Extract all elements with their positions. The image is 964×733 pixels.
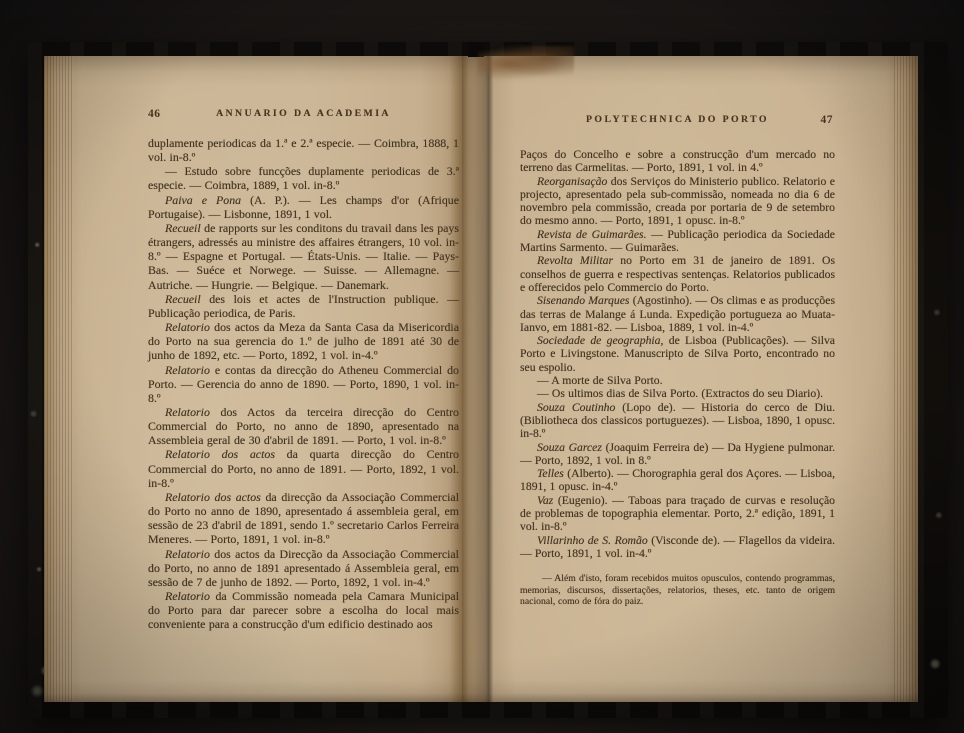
entry-title-italic: Recueil xyxy=(165,292,201,306)
book-entry: Recueil de rapports sur les conditons du… xyxy=(148,221,459,292)
entry-title-italic: Relatorio dos actos xyxy=(165,490,261,504)
book-entry: — Os ultimos dias de Silva Porto. (Extra… xyxy=(520,387,835,400)
entry-title-italic: Telles xyxy=(537,467,564,480)
book-entry: Relatorio dos actos da direcção da Assoc… xyxy=(148,490,459,547)
left-page-header: 46 ANNUARIO DA ACADEMIA xyxy=(148,108,459,124)
book-entry: Revolta Militar no Porto em 31 de janeir… xyxy=(520,254,835,294)
right-body-text: Paços do Concelho e sobre a construcção … xyxy=(520,148,835,560)
right-running-title: POLYTECHNICA DO PORTO xyxy=(520,114,835,125)
footnote: — Além d'isto, foram recebidos muitos op… xyxy=(520,573,835,608)
entry-title-italic: Relatorio xyxy=(165,363,210,377)
book-entry: — Estudo sobre funcções duplamente perio… xyxy=(148,164,459,192)
right-page-header: POLYTECHNICA DO PORTO 47 xyxy=(520,114,835,130)
book-entry: Sociedade de geographia, de Lisboa (Publ… xyxy=(520,334,835,374)
book-entry: Relatorio da Commissão nomeada pela Cama… xyxy=(148,589,459,631)
left-running-title: ANNUARIO DA ACADEMIA xyxy=(148,108,459,119)
entry-title-italic: Villarinho de S. Romão xyxy=(537,534,648,547)
book-entry: Sisenando Marques (Agostinho). — Os clim… xyxy=(520,294,835,334)
entry-title-italic: Revista de Guimarães. xyxy=(537,228,647,241)
book-entry: duplamente periodicas da 1.ª e 2.ª espec… xyxy=(148,136,459,164)
entry-title-italic: Vaz xyxy=(537,494,553,507)
book-entry: Reorganisação dos Serviços do Ministerio… xyxy=(520,175,835,228)
entry-title-italic: Relatorio xyxy=(165,589,210,603)
book-entry: Vaz (Eugenio). — Taboas para traçado de … xyxy=(520,494,835,534)
book-entry: Relatorio e contas da direcção do Athene… xyxy=(148,363,459,405)
entry-title-italic: Sociedade de geographia, xyxy=(537,334,663,347)
book-entry: — Além d'isto, foram recebidos muitos op… xyxy=(520,573,835,608)
book-entry: Relatorio dos actos da Meza da Santa Cas… xyxy=(148,320,459,362)
book-entry: Relatorio dos actos da Direcção da Assoc… xyxy=(148,547,459,589)
right-page: POLYTECHNICA DO PORTO 47 Paços do Concel… xyxy=(462,56,918,702)
book-entry: Paiva e Pona (A. P.). — Les champs d'or … xyxy=(148,193,459,221)
entry-title-italic: Reorganisação xyxy=(537,175,607,188)
open-pages: 46 ANNUARIO DA ACADEMIA duplamente perio… xyxy=(44,56,918,702)
entry-title-italic: Relatorio dos actos xyxy=(165,447,275,461)
spine-top-gap xyxy=(468,42,484,57)
book-entry: Souza Garcez (Joaquim Ferreira de) — Da … xyxy=(520,441,835,468)
book-entry: Revista de Guimarães. — Publicação perio… xyxy=(520,228,835,255)
right-page-edges xyxy=(894,56,918,702)
book-entry: — A morte de Silva Porto. xyxy=(520,374,835,387)
entry-title-italic: Souza Coutinho xyxy=(537,401,615,414)
book-entry: Villarinho de S. Romão (Visconde de). — … xyxy=(520,534,835,561)
right-page-number: 47 xyxy=(821,114,834,126)
entry-title-italic: Sisenando Marques xyxy=(537,294,629,307)
left-page-edges xyxy=(44,56,74,702)
book-entry: Paços do Concelho e sobre a construcção … xyxy=(520,148,835,175)
book-scan-photo: 46 ANNUARIO DA ACADEMIA duplamente perio… xyxy=(0,0,964,733)
entry-title-italic: Relatorio xyxy=(165,405,210,419)
book-entry: Recueil des lois et actes de l'Instructi… xyxy=(148,292,459,320)
entry-title-italic: Recueil xyxy=(165,221,201,235)
entry-title-italic: Paiva e Pona xyxy=(165,193,241,207)
entry-title-italic: Relatorio xyxy=(165,320,210,334)
book-cover: 46 ANNUARIO DA ACADEMIA duplamente perio… xyxy=(28,42,948,718)
left-page: 46 ANNUARIO DA ACADEMIA duplamente perio… xyxy=(44,56,462,702)
left-text-column: duplamente periodicas da 1.ª e 2.ª espec… xyxy=(148,136,459,631)
left-page-number: 46 xyxy=(148,108,161,120)
entry-title-italic: Revolta Militar xyxy=(537,254,613,267)
book-entry: Relatorio dos actos da quarta direcção d… xyxy=(148,447,459,489)
book-entry: Telles (Alberto). — Chorographia geral d… xyxy=(520,467,835,494)
book-entry: Souza Coutinho (Lopo de). — Historia do … xyxy=(520,401,835,441)
right-text-column: Paços do Concelho e sobre a construcção … xyxy=(520,148,835,608)
book-entry: Relatorio dos Actos da terceira direcção… xyxy=(148,405,459,447)
entry-title-italic: Relatorio xyxy=(165,547,210,561)
entry-title-italic: Souza Garcez xyxy=(537,441,602,454)
